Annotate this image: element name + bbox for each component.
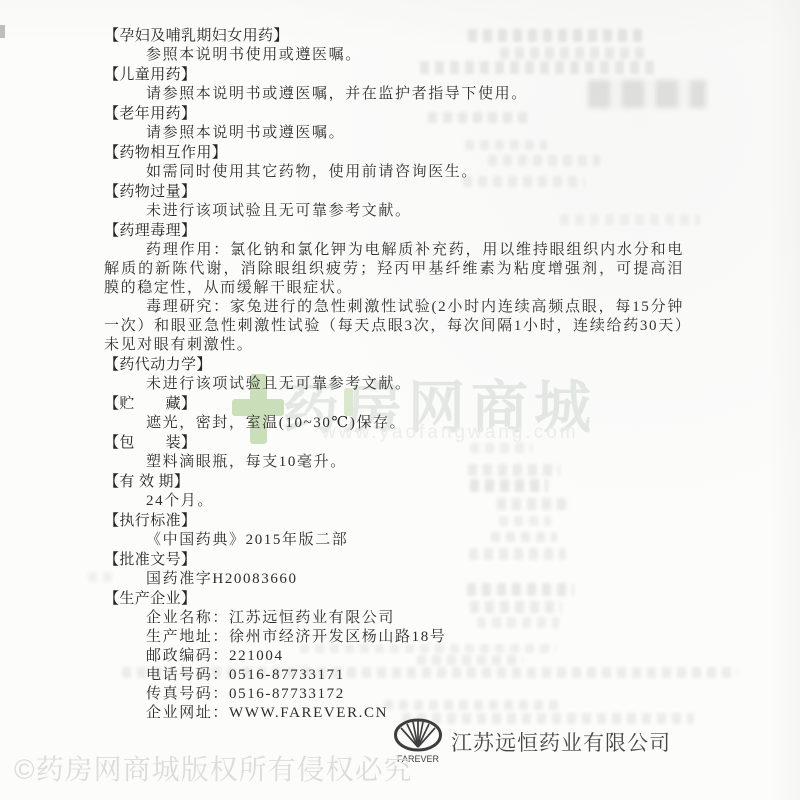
section-heading: 【儿童用药】 (104, 66, 684, 85)
body-line: 未进行该项试验且无可靠参考文献。 (104, 202, 684, 221)
section-heading: 【老年用药】 (104, 105, 684, 124)
body-line: 如需同时使用其它药物，使用前请咨询医生。 (104, 163, 684, 182)
body-text: 【孕妇及哺乳期妇女用药】参照本说明书使用或遵医嘱。【儿童用药】请参照本说明书或遵… (104, 26, 684, 723)
section-heading: 【生产企业】 (104, 590, 684, 609)
body-line: 传真号码：0516-87733172 (104, 685, 684, 704)
section-heading: 【药代动力学】 (104, 356, 684, 375)
section-heading: 【执行标准】 (104, 512, 684, 531)
body-line: 毒理研究：家兔进行的急性刺激性试验(2小时内连续高频点眼，每15分钟一次）和眼亚… (104, 298, 684, 355)
body-line: 24个月。 (104, 492, 684, 511)
section-heading: 【药物相互作用】 (104, 144, 684, 163)
body-line: 药理作用：氯化钠和氯化钾为电解质补充药，用以维持眼组织内水分和电解质的新陈代谢，… (104, 241, 684, 298)
body-line: 国药准字H20083660 (104, 570, 684, 589)
body-line: 参照本说明书使用或遵医嘱。 (104, 46, 684, 65)
section-heading: 【药理毒理】 (104, 222, 684, 241)
section-heading: 【有 效 期】 (104, 473, 684, 492)
section-heading: 【贮 藏】 (104, 395, 684, 414)
body-line: 塑料滴眼瓶，每支10毫升。 (104, 453, 684, 472)
manufacturer-footer: FAREVER 江苏远恒药业有限公司 (392, 718, 671, 765)
body-line: 企业名称：江苏远恒药业有限公司 (104, 609, 684, 628)
section-heading: 【批准文号】 (104, 551, 684, 570)
scan-edge-mark (0, 25, 5, 38)
body-line: 邮政编码：221004 (104, 647, 684, 666)
body-line: 《中国药典》2015年版二部 (104, 531, 684, 550)
body-line: 未进行该项试验且无可靠参考文献。 (104, 375, 684, 394)
body-line: 电话号码：0516-87733171 (104, 666, 684, 685)
body-line: 遮光，密封，室温(10~30℃)保存。 (104, 414, 684, 433)
body-line: 请参照本说明书或遵医嘱，并在监护者指导下使用。 (104, 85, 684, 104)
drug-insert-page: 药房网商城 www.yaofangwang.com 【孕妇及哺乳期妇女用药】参照… (0, 0, 800, 800)
body-line: 请参照本说明书或遵医嘱。 (104, 124, 684, 143)
section-heading: 【药物过量】 (104, 183, 684, 202)
section-heading: 【包 装】 (104, 434, 684, 453)
body-line: 生产地址：徐州市经济开发区杨山路18号 (104, 628, 684, 647)
section-heading: 【孕妇及哺乳期妇女用药】 (104, 27, 684, 46)
copyright-watermark: ©药房网商城版权所有侵权必究 (14, 748, 413, 788)
company-name: 江苏远恒药业有限公司 (451, 727, 671, 757)
